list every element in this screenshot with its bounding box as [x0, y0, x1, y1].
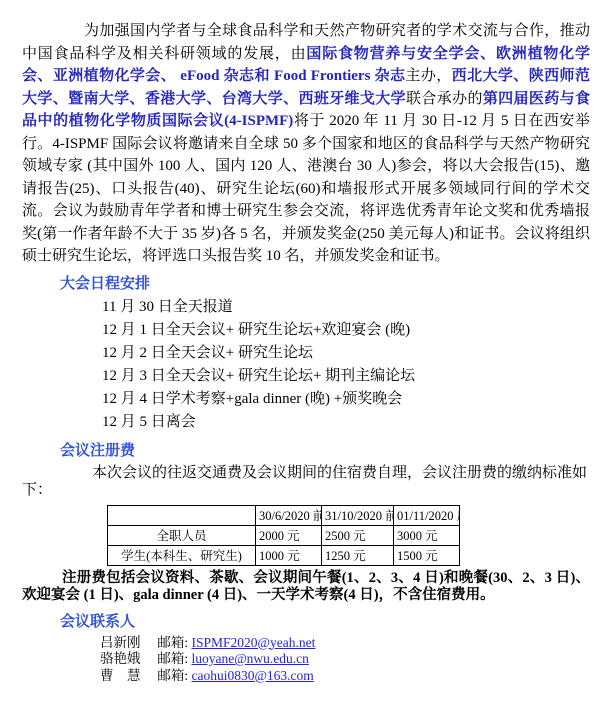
intro-segment: 联合承办的	[406, 91, 483, 107]
document-page: 为加强国内学者与全球食品科学和天然产物研究者的学术交流与合作，推动中国食品科学及…	[0, 0, 614, 701]
table-header-cell: 01/11/2020 后	[394, 505, 460, 525]
contact-name: 吕新刚	[100, 635, 154, 652]
schedule-item: 12 月 4 日学术考察+gala dinner (晚) +颁奖晚会	[102, 388, 590, 411]
section-heading-registration-fee: 会议注册费	[60, 441, 590, 461]
table-cell: 1250 元	[322, 545, 394, 565]
contact-row: 吕新刚 邮箱: ISPMF2020@yeah.net	[100, 635, 590, 652]
contact-email-label: 邮箱:	[157, 651, 188, 666]
email-link[interactable]: luoyane@nwu.edu.cn	[192, 651, 309, 666]
section-heading-contacts: 会议联系人	[60, 612, 590, 632]
schedule-item: 12 月 5 日离会	[102, 411, 590, 434]
intro-segment: 主办，	[405, 68, 451, 84]
contact-email-label: 邮箱:	[157, 635, 188, 650]
email-link[interactable]: ISPMF2020@yeah.net	[192, 635, 316, 650]
contact-row: 骆艳娥 邮箱: luoyane@nwu.edu.cn	[100, 651, 590, 668]
contact-name: 曹 慧	[100, 668, 154, 685]
table-header-cell: 30/6/2020 前	[256, 505, 322, 525]
table-header-cell-empty	[108, 505, 256, 525]
schedule-item: 12 月 3 日全天会议+ 研究生论坛+ 期刊主编论坛	[102, 365, 590, 388]
registration-fee-intro: 本次会议的往返交通费及会议期间的住宿费自理，会议注册费的缴纳标准如下：	[22, 465, 590, 499]
intro-paragraph: 为加强国内学者与全球食品科学和天然产物研究者的学术交流与合作，推动中国食品科学及…	[22, 20, 590, 268]
section-heading-schedule: 大会日程安排	[60, 274, 590, 294]
table-cell: 2000 元	[256, 525, 322, 545]
schedule-item: 12 月 1 日全天会议+ 研究生论坛+欢迎宴会 (晚)	[102, 319, 590, 342]
registration-fee-note: 注册费包括会议资料、茶歇、会议期间午餐(1、2、3、4 日)和晚餐(30、2、3…	[22, 570, 590, 605]
schedule-list: 11 月 30 日全天报道 12 月 1 日全天会议+ 研究生论坛+欢迎宴会 (…	[22, 296, 590, 434]
table-header-row: 30/6/2020 前 31/10/2020 前 01/11/2020 后	[108, 505, 460, 525]
contact-row: 曹 慧 邮箱: caohui0830@163.com	[100, 668, 590, 685]
table-row-label: 全职人员	[108, 525, 256, 545]
schedule-item: 12 月 2 日全天会议+ 研究生论坛	[102, 342, 590, 365]
table-row-label: 学生(本科生、研究生)	[108, 545, 256, 565]
table-cell: 2500 元	[322, 525, 394, 545]
contact-list: 吕新刚 邮箱: ISPMF2020@yeah.net 骆艳娥 邮箱: luoya…	[22, 635, 590, 685]
schedule-item: 11 月 30 日全天报道	[102, 296, 590, 319]
table-header-cell: 31/10/2020 前	[322, 505, 394, 525]
registration-fee-table: 30/6/2020 前 31/10/2020 前 01/11/2020 后 全职…	[107, 505, 460, 566]
table-row: 学生(本科生、研究生) 1000 元 1250 元 1500 元	[108, 545, 460, 565]
contact-name: 骆艳娥	[100, 651, 154, 668]
table-cell: 3000 元	[394, 525, 460, 545]
table-row: 全职人员 2000 元 2500 元 3000 元	[108, 525, 460, 545]
table-cell: 1500 元	[394, 545, 460, 565]
email-link[interactable]: caohui0830@163.com	[192, 668, 314, 683]
intro-segment: 将于 2020 年 11 月 30 日-12 月 5 日在西安举行。4-ISPM…	[22, 113, 590, 264]
table-cell: 1000 元	[256, 545, 322, 565]
contact-email-label: 邮箱:	[157, 668, 188, 683]
